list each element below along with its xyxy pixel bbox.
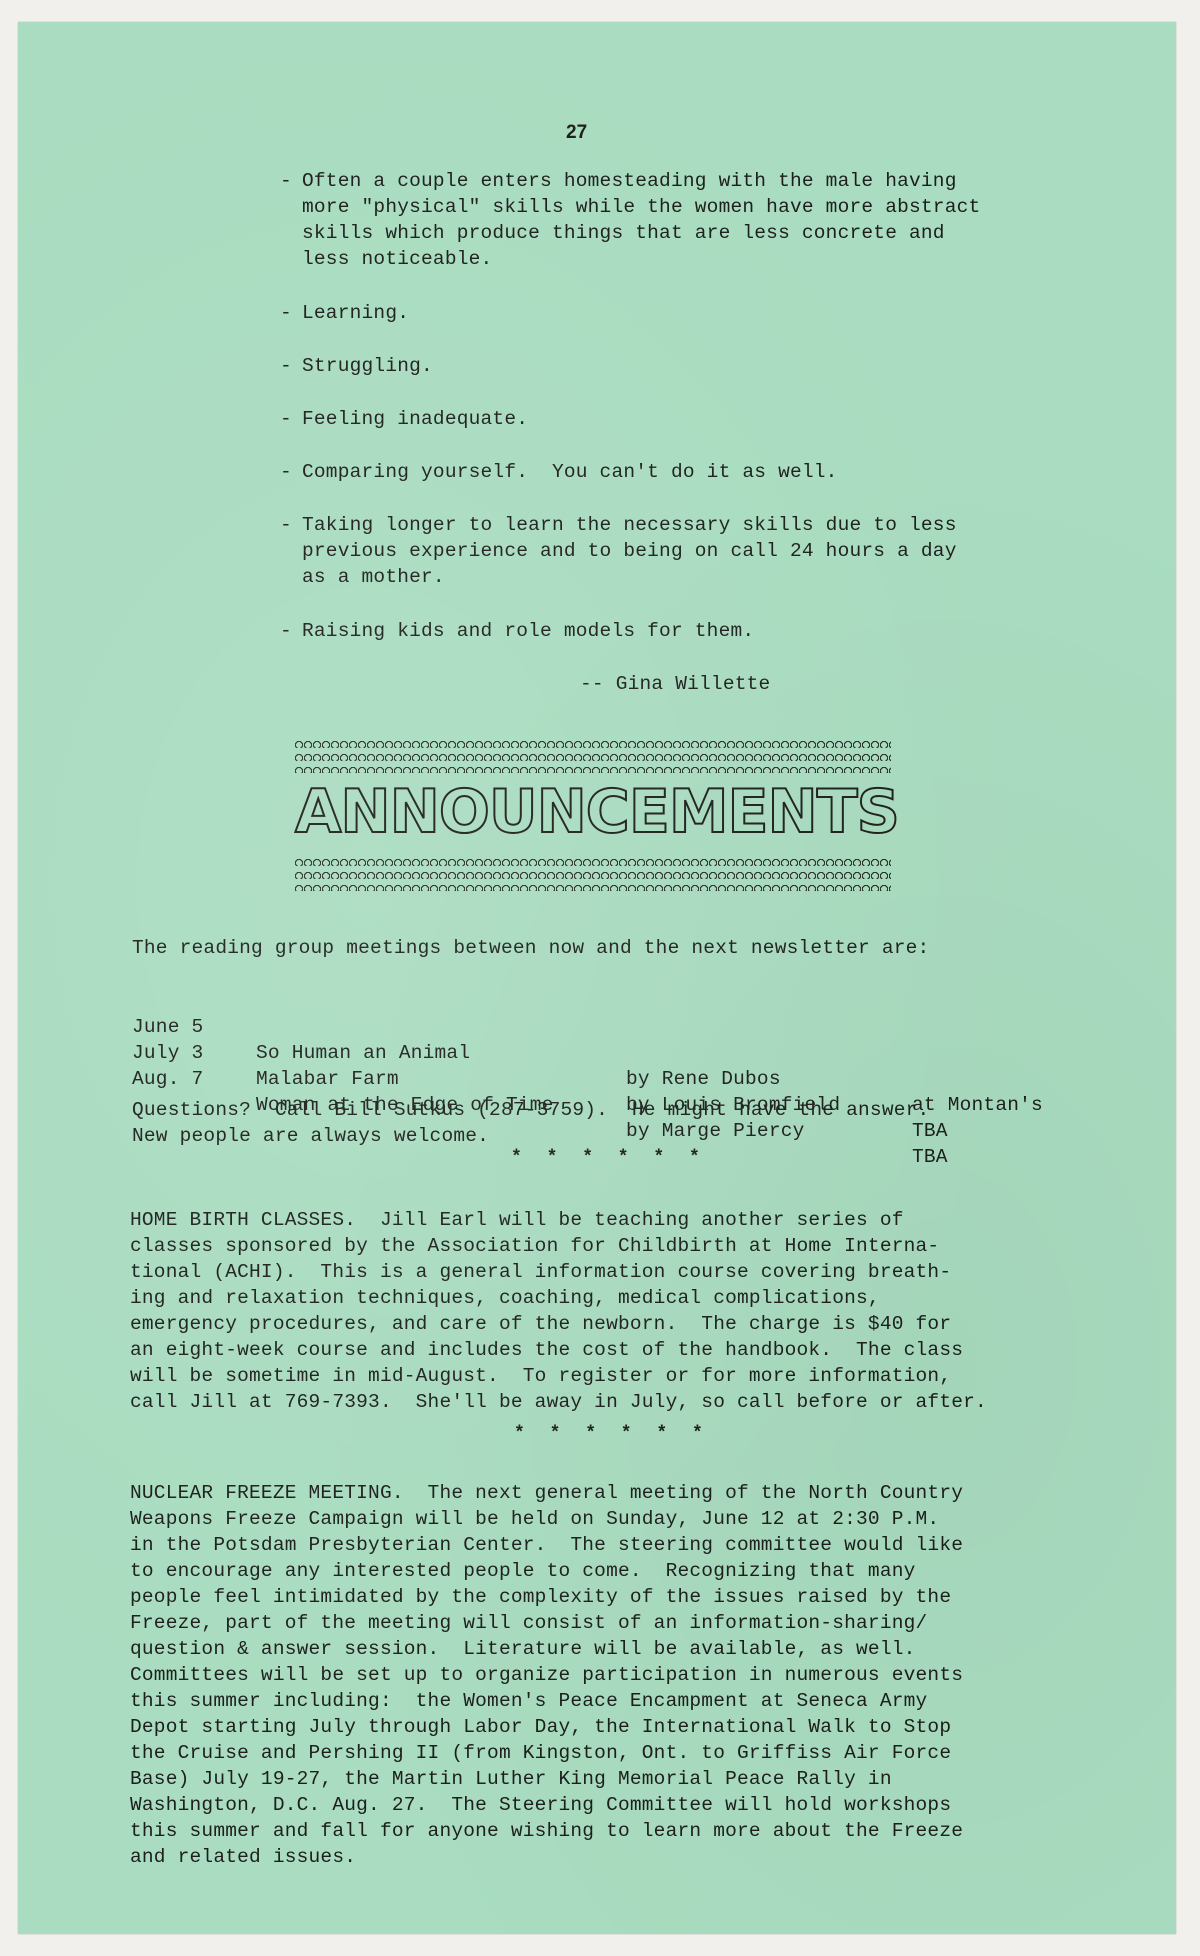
essay-bullet: - Taking longer to learn the necessary s… [280, 512, 1080, 616]
reading-group-contact: Questions? Call Bill Sutkus (287-3759). … [132, 1097, 929, 1149]
announcements-banner: ANNOUNCEMENTS [295, 735, 891, 895]
bullet-dash: - [280, 618, 292, 644]
section-separator: * * * * * * [511, 1148, 707, 1168]
bullet-dash: - [280, 168, 292, 194]
decorative-loop-border-top [295, 735, 891, 773]
home-birth-classes-announcement: HOME BIRTH CLASSES. Jill Earl will be te… [130, 1207, 987, 1415]
section-separator: * * * * * * [514, 1424, 710, 1444]
reading-group-table: June 5 So Human an Animal by Rene Dubos … [132, 988, 1092, 1068]
page-number: 27 [566, 122, 587, 144]
newsletter-page: 27 - Often a couple enters homesteading … [18, 22, 1176, 1934]
bullet-text: Raising kids and role models for them. [302, 618, 754, 644]
bullet-text: Struggling. [302, 353, 433, 379]
bullet-text: Taking longer to learn the necessary ski… [302, 512, 957, 590]
bullet-text: Feeling inadequate. [302, 406, 528, 432]
bullet-dash: - [280, 353, 292, 379]
bullet-dash: - [280, 512, 292, 538]
meeting-date: Aug. 7 [132, 1066, 203, 1092]
reading-group-intro: The reading group meetings between now a… [132, 935, 929, 961]
announcements-heading: ANNOUNCEMENTS [295, 777, 891, 847]
bullet-dash: - [280, 406, 292, 432]
essay-bullet: - Often a couple enters homesteading wit… [280, 168, 1080, 272]
bullet-dash: - [280, 300, 292, 326]
bullet-text: Comparing yourself. You can't do it as w… [302, 459, 838, 485]
essay-bullet: - Raising kids and role models for them. [280, 618, 1080, 722]
bullet-dash: - [280, 459, 292, 485]
essay-signature: -- Gina Willette [580, 671, 770, 697]
bullet-text: Often a couple enters homesteading with … [302, 168, 980, 272]
bullet-text: Learning. [302, 300, 409, 326]
nuclear-freeze-meeting-announcement: NUCLEAR FREEZE MEETING. The next general… [130, 1480, 963, 1870]
decorative-loop-border-bottom [295, 853, 891, 891]
